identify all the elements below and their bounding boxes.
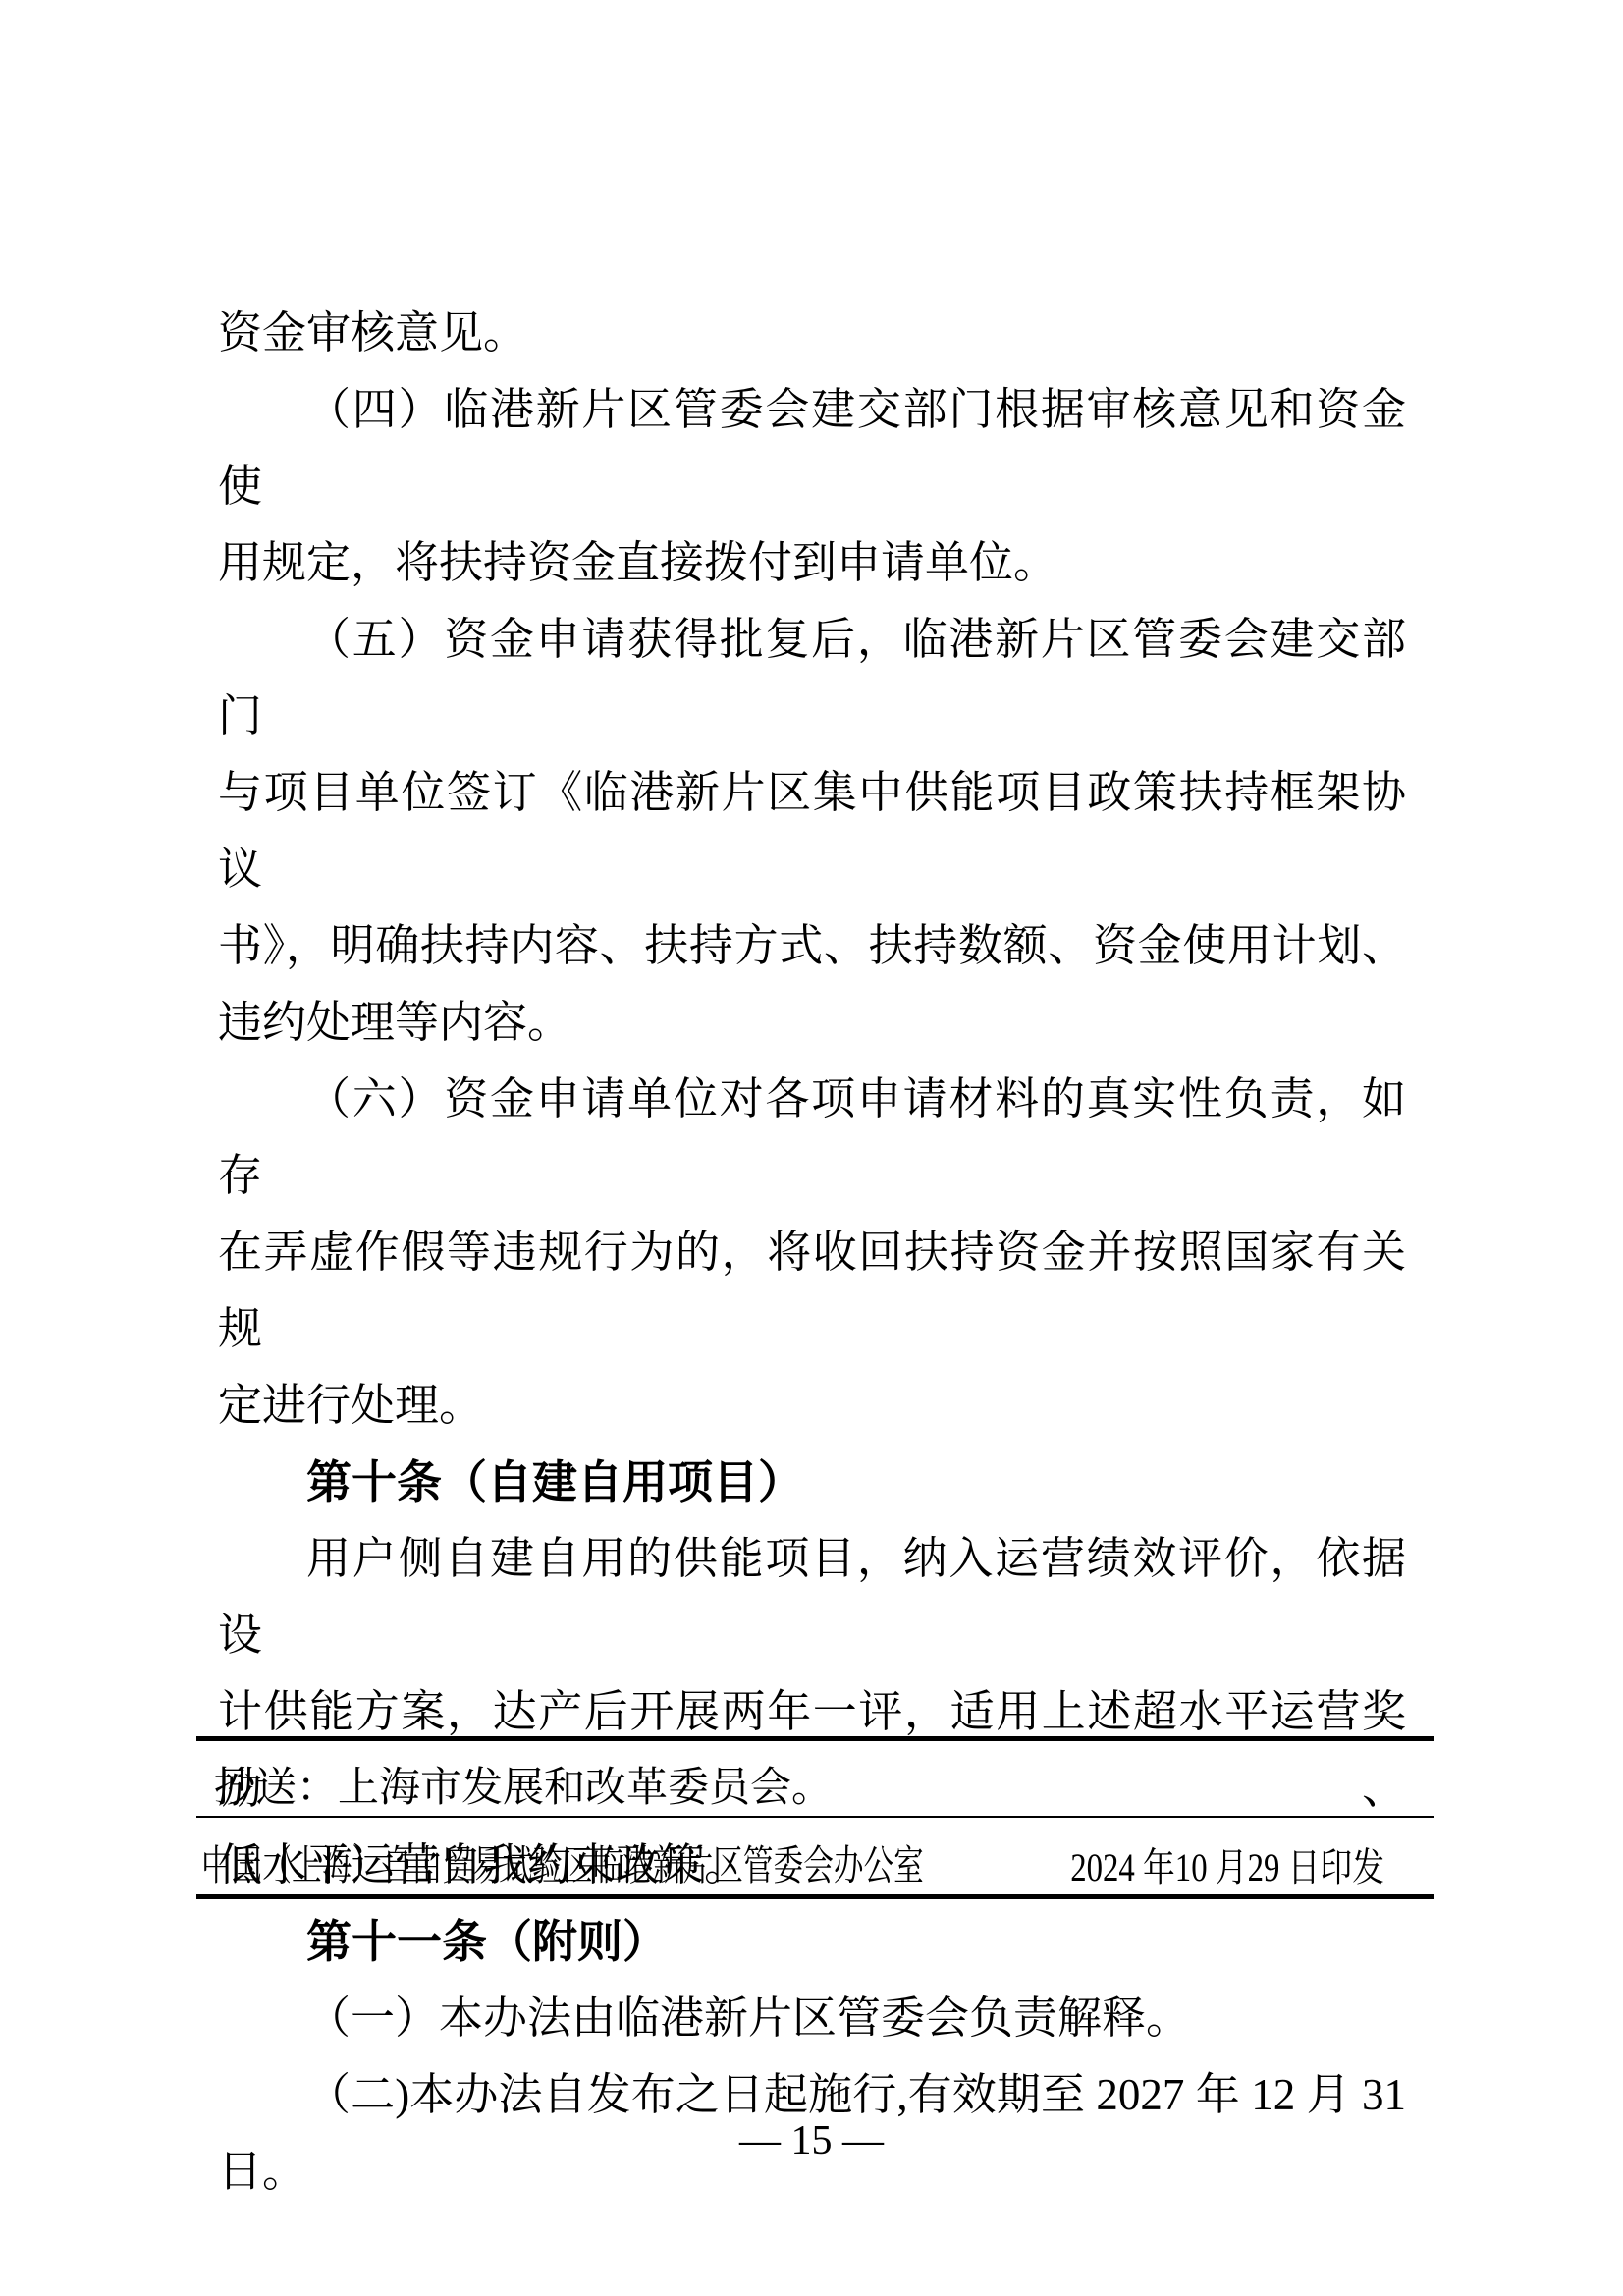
body-line: 用规定，将扶持资金直接拨付到申请单位。 (218, 524, 1406, 601)
body-line: 定进行处理。 (218, 1367, 1406, 1444)
body-line: 在弄虚作假等违规行为的，将收回扶持资金并按照国家有关规 (218, 1214, 1406, 1367)
article-heading: 第十一条（附则） (218, 1903, 1406, 1980)
document-page: 资金审核意见。 （四）临港新片区管委会建交部门根据审核意见和资金使 用规定，将扶… (0, 0, 1623, 2296)
document-body: 资金审核意见。 （四）临港新片区管委会建交部门根据审核意见和资金使 用规定，将扶… (218, 295, 1406, 2210)
body-line: 与项目单位签订《临港新片区集中供能项目政策扶持框架协议 (218, 754, 1406, 907)
article-heading: 第十条（自建自用项目） (218, 1444, 1406, 1520)
body-line: （一）本办法由临港新片区管委会负责解释。 (218, 1980, 1406, 2056)
body-line: 用户侧自建自用的供能项目，纳入运营绩效评价，依据设 (218, 1520, 1406, 1673)
body-line: 资金审核意见。 (218, 295, 1406, 371)
body-line: （六）资金申请单位对各项申请材料的真实性负责，如存 (218, 1061, 1406, 1214)
colophon-bottom-rule (196, 1894, 1434, 1899)
print-date: 2024 年10 月29 日印发 (1070, 1844, 1384, 1891)
issuer-row: 中国（上海）自由贸易试验区临港新片区管委会办公室 2024 年10 月29 日印… (201, 1842, 1434, 1891)
colophon-top-rule (196, 1736, 1434, 1741)
page-number: — 15 — (0, 2117, 1623, 2164)
body-line: （五）资金申请获得批复后，临港新片区管委会建交部门 (218, 601, 1406, 754)
issuing-office: 中国（上海）自由贸易试验区临港新片区管委会办公室 (201, 1842, 924, 1891)
body-line: 书》，明确扶持内容、扶持方式、扶持数额、资金使用计划、 (218, 907, 1406, 984)
copy-to-line: 抄送：上海市发展和改革委员会。 (214, 1764, 833, 1813)
colophon-middle-rule (196, 1816, 1434, 1818)
body-line: 违约处理等内容。 (218, 984, 1406, 1061)
body-line: （四）临港新片区管委会建交部门根据审核意见和资金使 (218, 371, 1406, 524)
